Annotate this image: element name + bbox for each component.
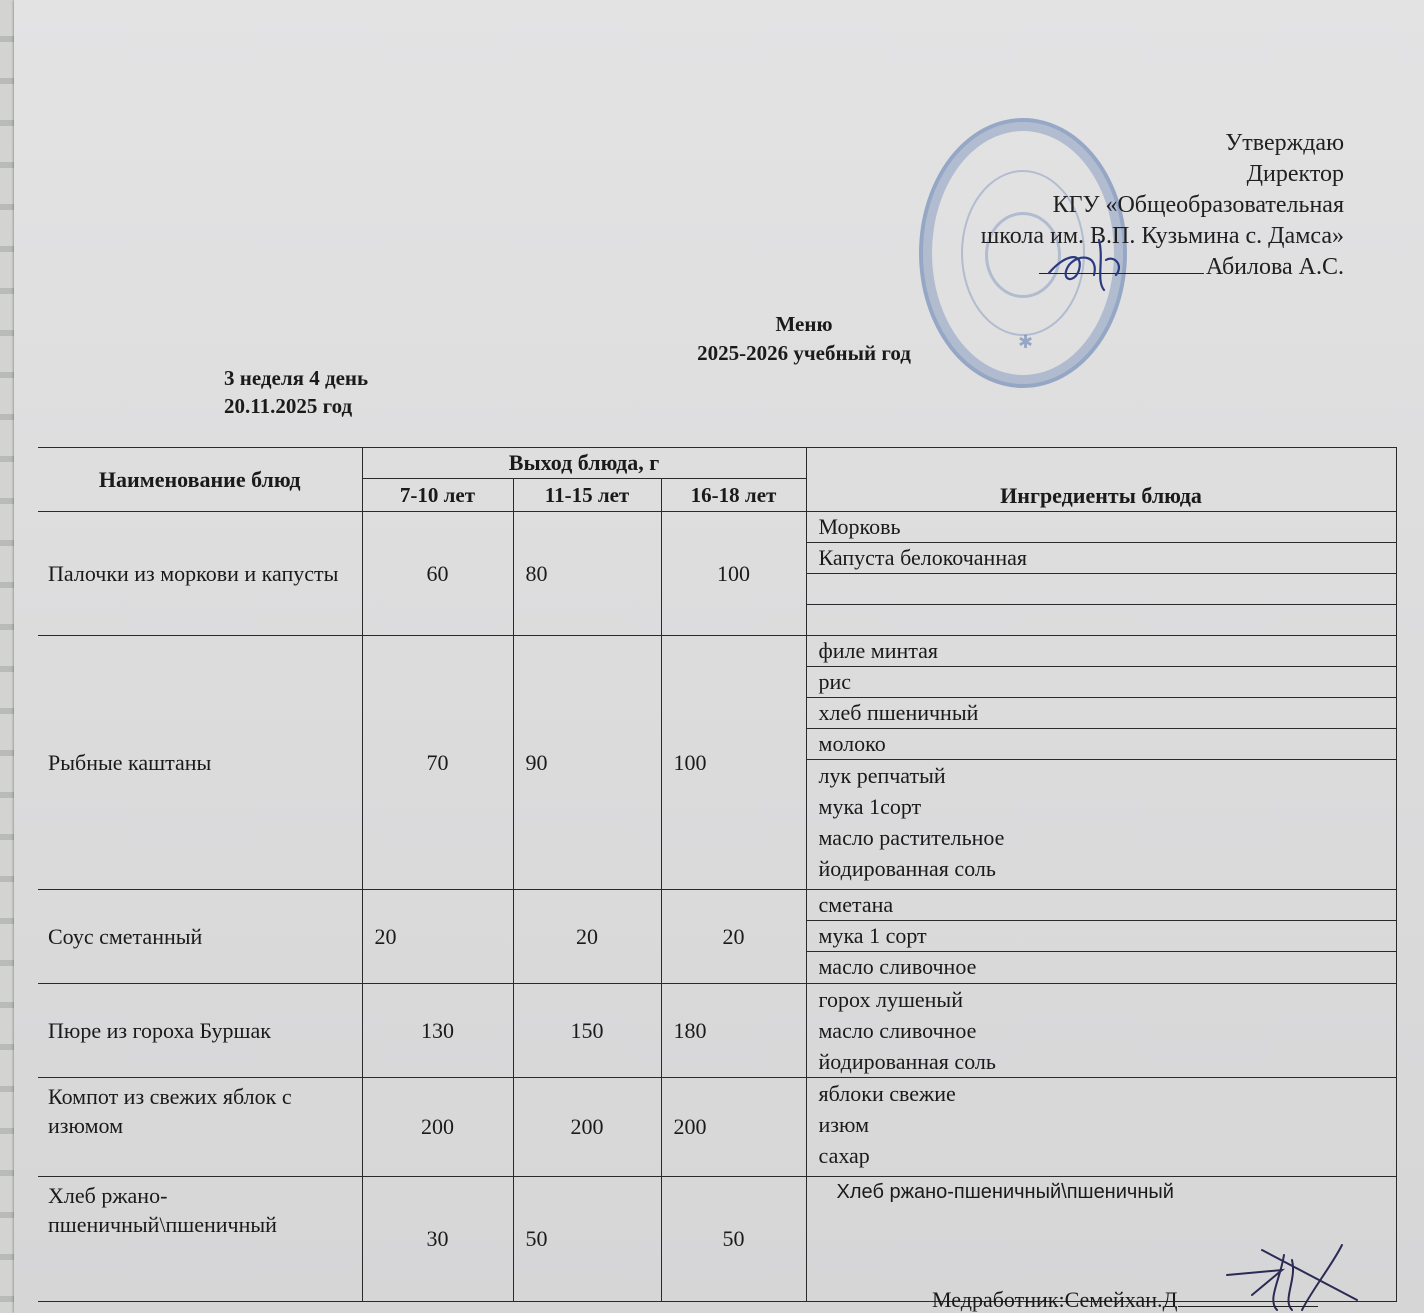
- header-ingredients: Ингредиенты блюда: [806, 448, 1396, 512]
- header-age-11-15: 11-15 лет: [513, 479, 661, 512]
- dish-yield: 150: [513, 984, 661, 1078]
- approval-line: школа им. В.П. Кузьмина с. Дамса»: [981, 221, 1344, 252]
- ingredient-item: [807, 605, 1396, 635]
- ingredient-item: сахар: [807, 1140, 1396, 1171]
- ingredients-cell: сметанамука 1 сортмасло сливочное: [806, 890, 1396, 984]
- ingredient-item: филе минтая: [807, 636, 1396, 667]
- ingredient-item: лук репчатый: [807, 760, 1396, 791]
- header-dish-name: Наименование блюд: [38, 448, 362, 512]
- ingredient-list: МорковьКапуста белокочанная: [807, 512, 1396, 635]
- title-year: 2025-2026 учебный год: [654, 339, 954, 368]
- dish-name: Соус сметанный: [38, 890, 362, 984]
- ingredient-item: йодированная соль: [807, 1046, 1396, 1077]
- dish-yield: 80: [513, 512, 661, 636]
- ingredient-list: филе минтаярисхлеб пшеничныймолоколук ре…: [807, 636, 1396, 884]
- ingredient-item: Капуста белокочанная: [807, 543, 1396, 574]
- table-row: Компот из свежих яблок с изюмом200200200…: [38, 1078, 1396, 1177]
- dish-yield: 20: [362, 890, 513, 984]
- signature-blank: [1178, 1288, 1318, 1307]
- dish-yield: 200: [513, 1078, 661, 1177]
- ingredient-item: йодированная соль: [807, 853, 1396, 884]
- director-name: Абилова А.С.: [1206, 254, 1344, 280]
- dish-yield: 200: [362, 1078, 513, 1177]
- dish-name: Хлеб ржано-пшеничный\пшеничный: [38, 1177, 362, 1302]
- ingredient-item: масло растительное: [807, 822, 1396, 853]
- header-yield-group: Выход блюда, г: [362, 448, 806, 479]
- ingredient-item: рис: [807, 667, 1396, 698]
- ingredient-item: Морковь: [807, 512, 1396, 543]
- document-title: Меню 2025-2026 учебный год: [654, 310, 954, 368]
- ingredient-item: сметана: [807, 890, 1396, 921]
- dish-yield: 100: [661, 512, 806, 636]
- table-row: Пюре из гороха Буршак130150180горох луше…: [38, 984, 1396, 1078]
- title-menu: Меню: [654, 310, 954, 339]
- dish-name: Пюре из гороха Буршак: [38, 984, 362, 1078]
- ingredient-item: мука 1сорт: [807, 791, 1396, 822]
- dish-yield: 60: [362, 512, 513, 636]
- approval-line: Директор: [981, 159, 1344, 190]
- medic-name: Медработник:Семейхан.Д: [932, 1287, 1178, 1312]
- ingredient-list: сметанамука 1 сортмасло сливочное: [807, 890, 1396, 982]
- medic-signature-block: Медработник:Семейхан.Д: [932, 1287, 1318, 1313]
- ingredient-item: масло сливочное: [807, 952, 1396, 982]
- dish-yield: 20: [661, 890, 806, 984]
- ingredient-item: [807, 574, 1396, 605]
- menu-date: 20.11.2025 год: [224, 392, 368, 420]
- dish-yield: 20: [513, 890, 661, 984]
- ingredient-list: яблоки свежиеизюмсахар: [807, 1078, 1396, 1171]
- dish-yield: 100: [661, 636, 806, 890]
- background-surface-edge: [0, 0, 14, 1313]
- dish-yield: 30: [362, 1177, 513, 1302]
- approval-line: КГУ «Общеобразовательная: [981, 190, 1344, 221]
- ingredient-item: горох лушеный: [807, 984, 1396, 1015]
- star-icon: ✱: [1018, 332, 1033, 353]
- dish-yield: 50: [661, 1177, 806, 1302]
- day-info: 3 неделя 4 день 20.11.2025 год: [224, 364, 368, 420]
- dish-yield: 90: [513, 636, 661, 890]
- ingredient-item: хлеб пшеничный: [807, 698, 1396, 729]
- dish-yield: 180: [661, 984, 806, 1078]
- ingredients-cell: яблоки свежиеизюмсахар: [806, 1078, 1396, 1177]
- ingredient-item: яблоки свежие: [807, 1078, 1396, 1109]
- ingredient-item: мука 1 сорт: [807, 921, 1396, 952]
- director-signature-line: Абилова А.С.: [981, 252, 1344, 283]
- ingredient-item: масло сливочное: [807, 1015, 1396, 1046]
- ingredient-item: молоко: [807, 729, 1396, 760]
- ingredient-item: Хлеб ржано-пшеничный\пшеничный: [807, 1177, 1396, 1208]
- approval-block: Утверждаю Директор КГУ «Общеобразователь…: [981, 128, 1344, 283]
- ingredient-list: горох лушеныймасло сливочноейодированная…: [807, 984, 1396, 1077]
- director-signature-icon: [1044, 235, 1134, 295]
- ingredient-item: изюм: [807, 1109, 1396, 1140]
- ingredient-list: Хлеб ржано-пшеничный\пшеничный: [807, 1177, 1396, 1208]
- ingredients-cell: горох лушеныймасло сливочноейодированная…: [806, 984, 1396, 1078]
- header-age-7-10: 7-10 лет: [362, 479, 513, 512]
- dish-name: Палочки из моркови и капусты: [38, 512, 362, 636]
- approval-line: Утверждаю: [981, 128, 1344, 159]
- table-row: Соус сметанный202020сметанамука 1 сортма…: [38, 890, 1396, 984]
- dish-name: Рыбные каштаны: [38, 636, 362, 890]
- header-age-16-18: 16-18 лет: [661, 479, 806, 512]
- dish-name: Компот из свежих яблок с изюмом: [38, 1078, 362, 1177]
- table-row: Рыбные каштаны7090100филе минтаярисхлеб …: [38, 636, 1396, 890]
- dish-yield: 130: [362, 984, 513, 1078]
- week-day: 3 неделя 4 день: [224, 364, 368, 392]
- dish-yield: 200: [661, 1078, 806, 1177]
- ingredients-cell: МорковьКапуста белокочанная: [806, 512, 1396, 636]
- dish-yield: 70: [362, 636, 513, 890]
- dish-yield: 50: [513, 1177, 661, 1302]
- menu-table: Наименование блюд Выход блюда, г Ингреди…: [38, 447, 1397, 1302]
- table-row: Палочки из моркови и капусты6080100Морко…: [38, 512, 1396, 636]
- ingredients-cell: филе минтаярисхлеб пшеничныймолоколук ре…: [806, 636, 1396, 890]
- menu-table-body: Палочки из моркови и капусты6080100Морко…: [38, 512, 1396, 1302]
- table-row: Хлеб ржано-пшеничный\пшеничный305050Хлеб…: [38, 1177, 1396, 1302]
